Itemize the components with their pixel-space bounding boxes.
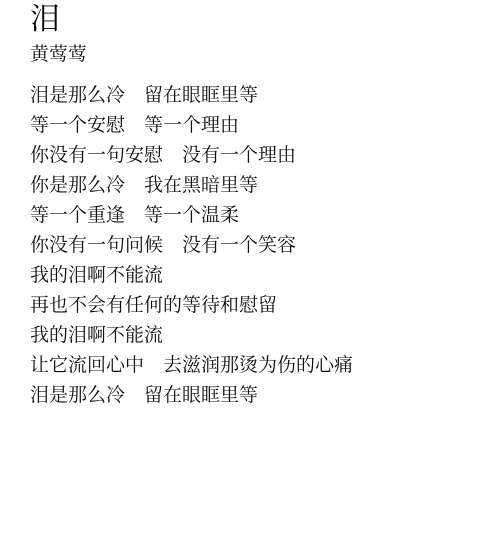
lyric-line: 让它流回心中 去滋润那烫为伤的心痛 xyxy=(30,350,500,380)
lyric-line: 等一个重逢 等一个温柔 xyxy=(30,200,500,230)
lyric-line: 你没有一句问候 没有一个笑容 xyxy=(30,230,500,260)
lyric-line: 泪是那么冷 留在眼眶里等 xyxy=(30,80,500,110)
lyrics-page: 泪 黄莺莺 泪是那么冷 留在眼眶里等 等一个安慰 等一个理由 你没有一句安慰 没… xyxy=(0,2,500,410)
lyric-line: 泪是那么冷 留在眼眶里等 xyxy=(30,380,500,410)
lyric-line: 你没有一句安慰 没有一个理由 xyxy=(30,140,500,170)
lyric-line: 你是那么冷 我在黑暗里等 xyxy=(30,170,500,200)
lyric-line: 再也不会有任何的等待和慰留 xyxy=(30,290,500,320)
lyrics-body: 泪是那么冷 留在眼眶里等 等一个安慰 等一个理由 你没有一句安慰 没有一个理由 … xyxy=(30,80,500,410)
song-title: 泪 xyxy=(30,2,500,38)
lyric-line: 我的泪啊不能流 xyxy=(30,320,500,350)
lyric-line: 我的泪啊不能流 xyxy=(30,260,500,290)
song-artist: 黄莺莺 xyxy=(30,42,500,66)
lyric-line: 等一个安慰 等一个理由 xyxy=(30,110,500,140)
